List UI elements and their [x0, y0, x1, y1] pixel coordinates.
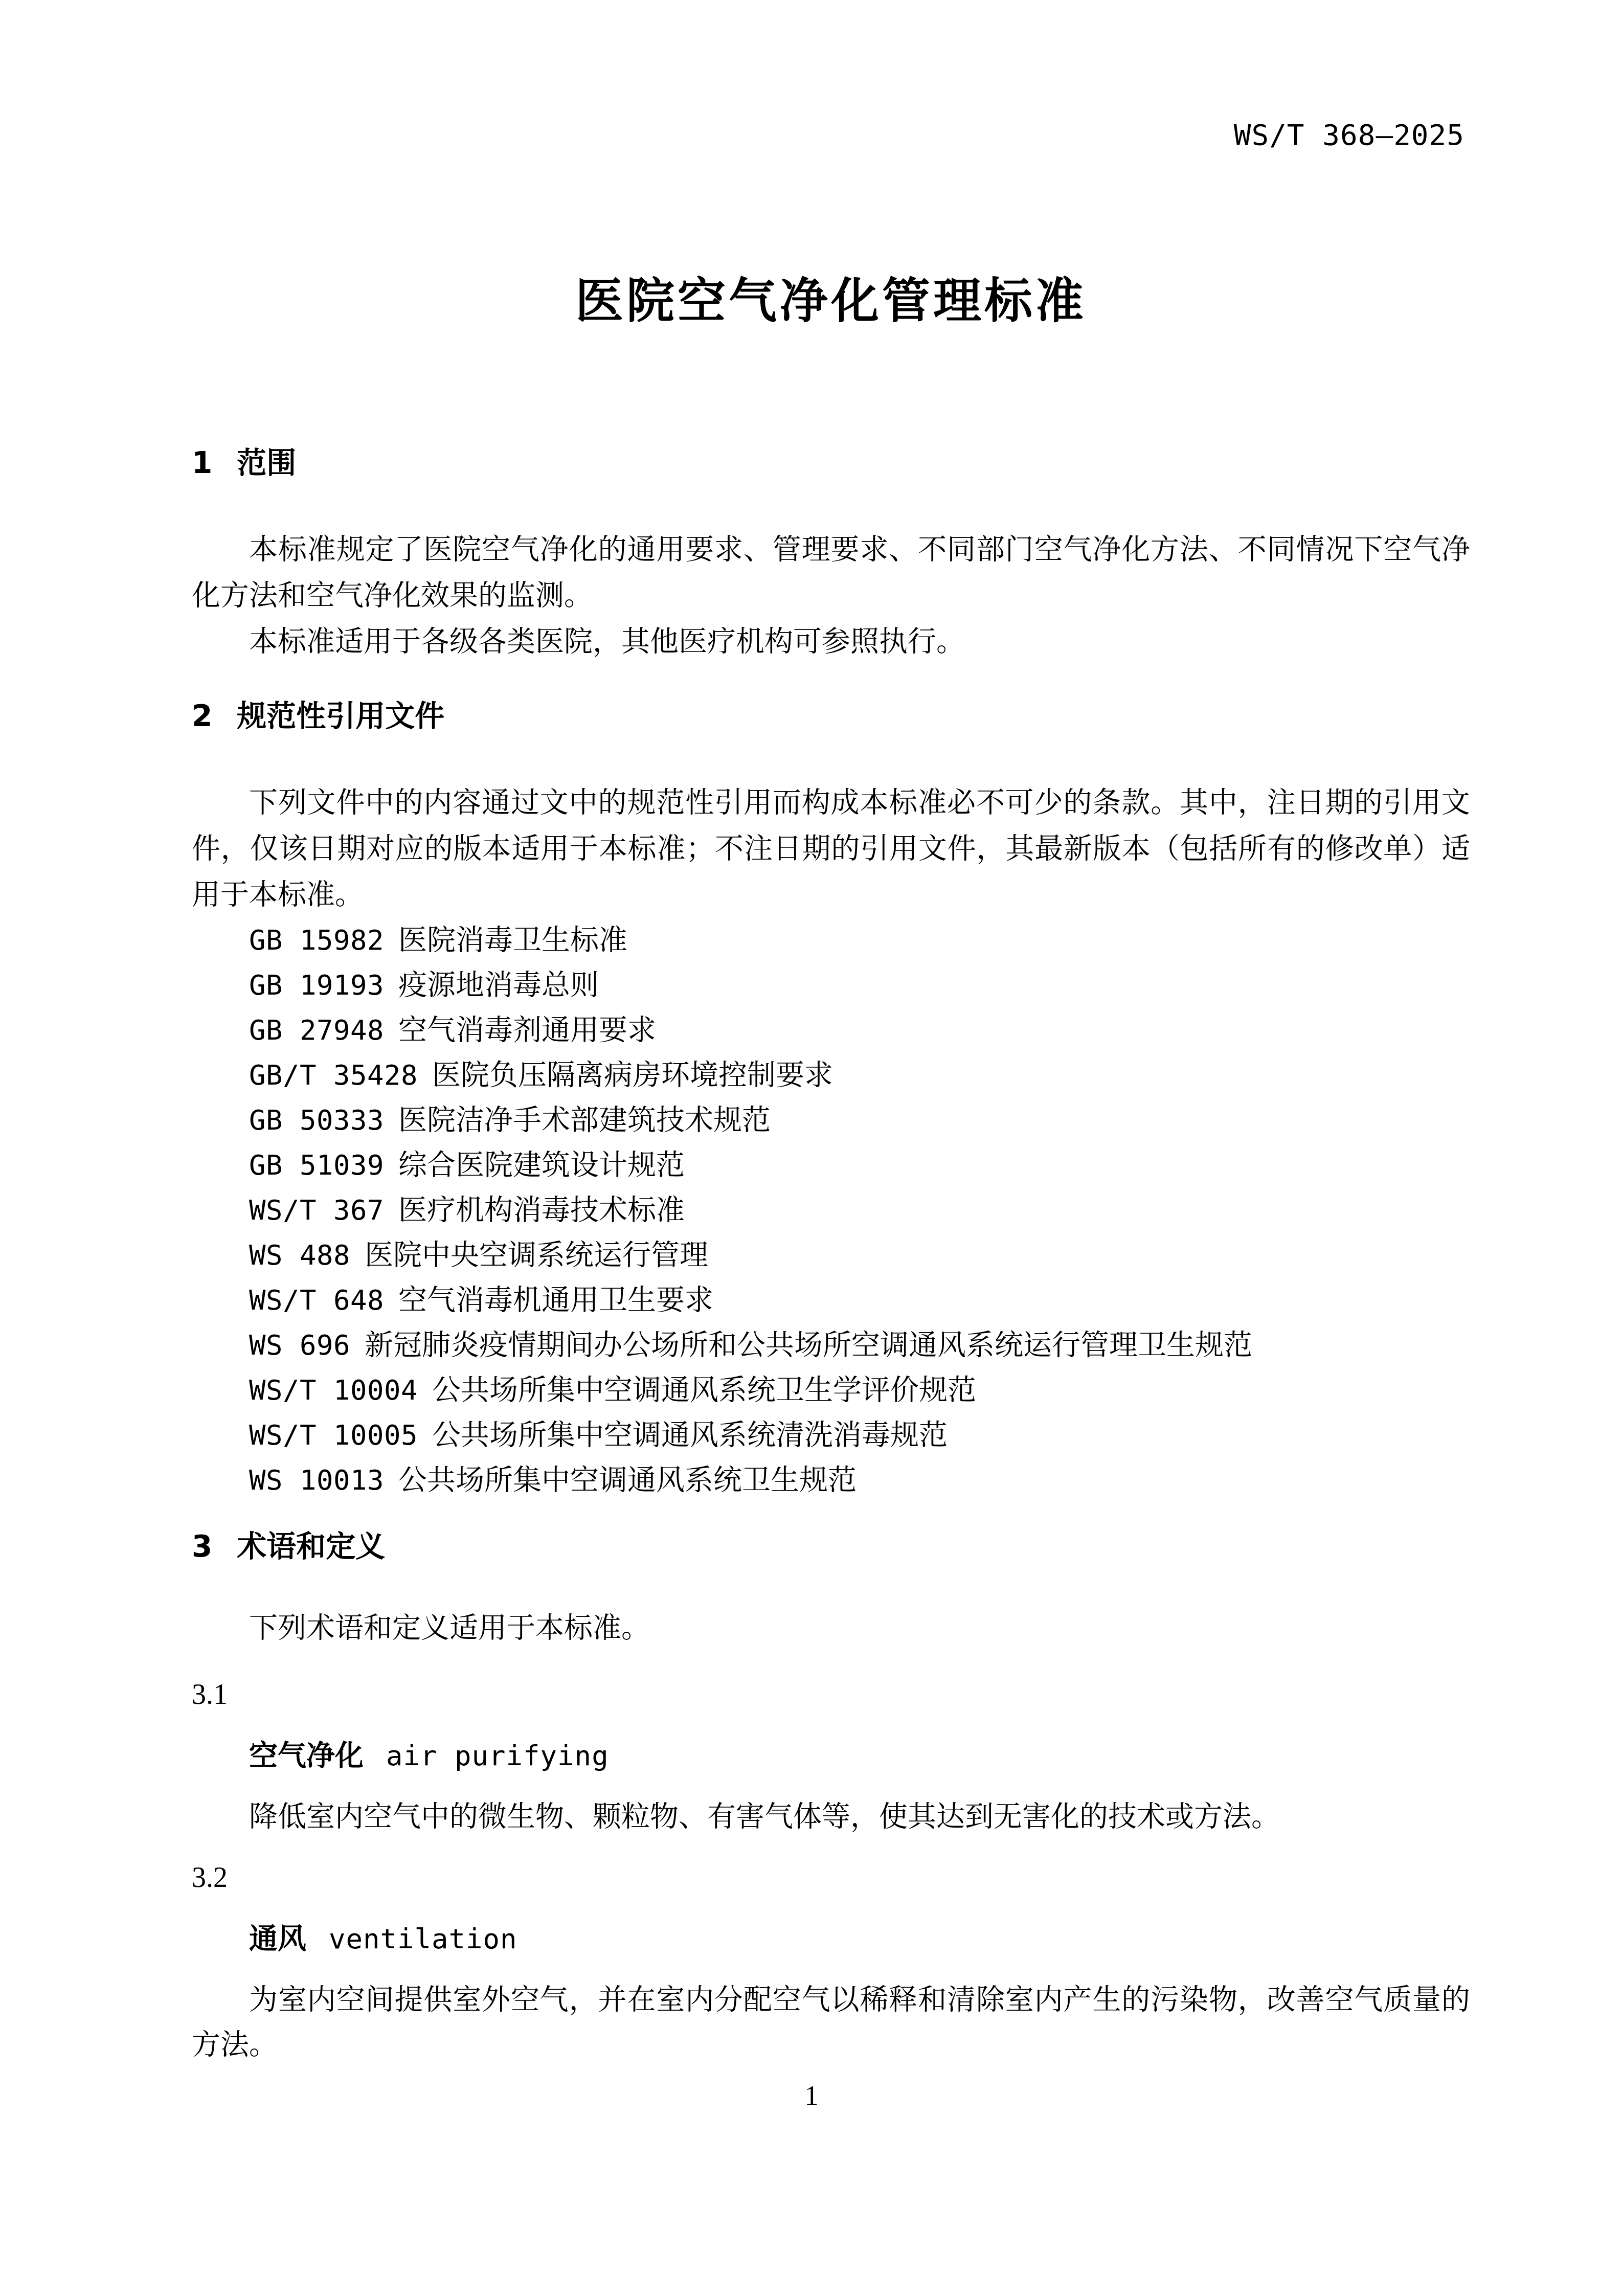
reference-item: WS 488医院中央空调系统运行管理	[192, 1233, 1470, 1278]
reference-item: GB 27948空气消毒剂通用要求	[192, 1008, 1470, 1053]
reference-code: WS/T 648	[249, 1284, 384, 1316]
reference-item: GB 19193疫源地消毒总则	[192, 963, 1470, 1008]
term-english: air purifying	[386, 1740, 609, 1772]
reference-name: 综合医院建筑设计规范	[398, 1150, 685, 1181]
reference-item: WS/T 10005公共场所集中空调通风系统清洗消毒规范	[192, 1413, 1470, 1458]
reference-item: WS/T 10004公共场所集中空调通风系统卫生学评价规范	[192, 1368, 1470, 1413]
term-chinese: 空气净化	[249, 1739, 364, 1772]
reference-code: GB 51039	[249, 1149, 384, 1181]
document-page: WS/T 368—2025 医院空气净化管理标准 1范围 本标准规定了医院空气净…	[0, 0, 1623, 2296]
term-definition: 为室内空间提供室外空气，并在室内分配空气以稀释和清除室内产生的污染物，改善空气质…	[192, 1977, 1470, 2067]
reference-name: 新冠肺炎疫情期间办公场所和公共场所空调通风系统运行管理卫生规范	[365, 1330, 1252, 1361]
reference-code: WS 488	[249, 1239, 350, 1271]
term-definition: 降低室内空气中的微生物、颗粒物、有害气体等，使其达到无害化的技术或方法。	[192, 1794, 1470, 1839]
reference-code: GB 50333	[249, 1104, 384, 1136]
section-2-number: 2	[192, 699, 212, 733]
scope-paragraph-2: 本标准适用于各级各类医院，其他医疗机构可参照执行。	[192, 619, 1470, 665]
reference-name: 医院中央空调系统运行管理	[365, 1240, 708, 1271]
term-chinese: 通风	[249, 1922, 306, 1955]
reference-item: WS 696新冠肺炎疫情期间办公场所和公共场所空调通风系统运行管理卫生规范	[192, 1323, 1470, 1368]
page-content: 医院空气净化管理标准 1范围 本标准规定了医院空气净化的通用要求、管理要求、不同…	[0, 0, 1623, 2067]
term-id: 3.1	[192, 1672, 1470, 1718]
section-3-heading: 3术语和定义	[192, 1531, 1470, 1562]
reference-name: 公共场所集中空调通风系统卫生规范	[398, 1465, 856, 1496]
reference-name: 空气消毒机通用卫生要求	[398, 1285, 713, 1316]
reference-name: 空气消毒剂通用要求	[398, 1015, 656, 1046]
reference-code: GB/T 35428	[249, 1059, 418, 1091]
section-3-title: 术语和定义	[237, 1529, 385, 1564]
reference-item: GB 51039综合医院建筑设计规范	[192, 1143, 1470, 1188]
reference-name: 公共场所集中空调通风系统卫生学评价规范	[432, 1375, 976, 1406]
references-intro: 下列文件中的内容通过文中的规范性引用而构成本标准必不可少的条款。其中，注日期的引…	[192, 780, 1470, 918]
reference-item: GB/T 35428医院负压隔离病房环境控制要求	[192, 1053, 1470, 1098]
reference-code: GB 15982	[249, 924, 384, 956]
document-title: 医院空气净化管理标准	[192, 276, 1470, 327]
page-number: 1	[0, 2080, 1623, 2111]
reference-item: GB 50333医院洁净手术部建筑技术规范	[192, 1098, 1470, 1143]
reference-name: 医疗机构消毒技术标准	[398, 1195, 685, 1226]
reference-name: 公共场所集中空调通风系统清洗消毒规范	[432, 1420, 948, 1451]
reference-code: WS/T 10005	[249, 1419, 418, 1451]
reference-name: 疫源地消毒总则	[398, 970, 599, 1001]
reference-name: 医院洁净手术部建筑技术规范	[398, 1105, 771, 1136]
term-line: 空气净化air purifying	[192, 1733, 1470, 1779]
reference-list: GB 15982医院消毒卫生标准 GB 19193疫源地消毒总则 GB 2794…	[192, 918, 1470, 1503]
reference-item: WS/T 648空气消毒机通用卫生要求	[192, 1278, 1470, 1323]
reference-item: WS 10013公共场所集中空调通风系统卫生规范	[192, 1458, 1470, 1503]
reference-item: WS/T 367医疗机构消毒技术标准	[192, 1188, 1470, 1233]
term-line: 通风ventilation	[192, 1916, 1470, 1962]
section-2-heading: 2规范性引用文件	[192, 701, 1470, 731]
section-1-number: 1	[192, 445, 212, 480]
reference-code: WS 10013	[249, 1464, 384, 1496]
reference-code: WS/T 367	[249, 1194, 384, 1226]
reference-name: 医院消毒卫生标准	[398, 925, 627, 956]
reference-item: GB 15982医院消毒卫生标准	[192, 918, 1470, 963]
term-entry: 3.2 通风ventilation 为室内空间提供室外空气，并在室内分配空气以稀…	[192, 1855, 1470, 2067]
standard-number: WS/T 368—2025	[1234, 119, 1464, 152]
reference-code: GB 27948	[249, 1014, 384, 1046]
reference-code: WS 696	[249, 1329, 350, 1361]
reference-code: GB 19193	[249, 969, 384, 1001]
term-id: 3.2	[192, 1855, 1470, 1901]
term-entry: 3.1 空气净化air purifying 降低室内空气中的微生物、颗粒物、有害…	[192, 1672, 1470, 1839]
section-1-heading: 1范围	[192, 447, 1470, 478]
scope-paragraph-1: 本标准规定了医院空气净化的通用要求、管理要求、不同部门空气净化方法、不同情况下空…	[192, 527, 1470, 619]
section-2-title: 规范性引用文件	[237, 699, 444, 733]
reference-code: WS/T 10004	[249, 1374, 418, 1406]
section-3-number: 3	[192, 1529, 212, 1564]
term-english: ventilation	[329, 1923, 517, 1955]
section-1-title: 范围	[237, 445, 296, 480]
terms-intro: 下列术语和定义适用于本标准。	[192, 1605, 1470, 1651]
reference-name: 医院负压隔离病房环境控制要求	[432, 1060, 833, 1091]
